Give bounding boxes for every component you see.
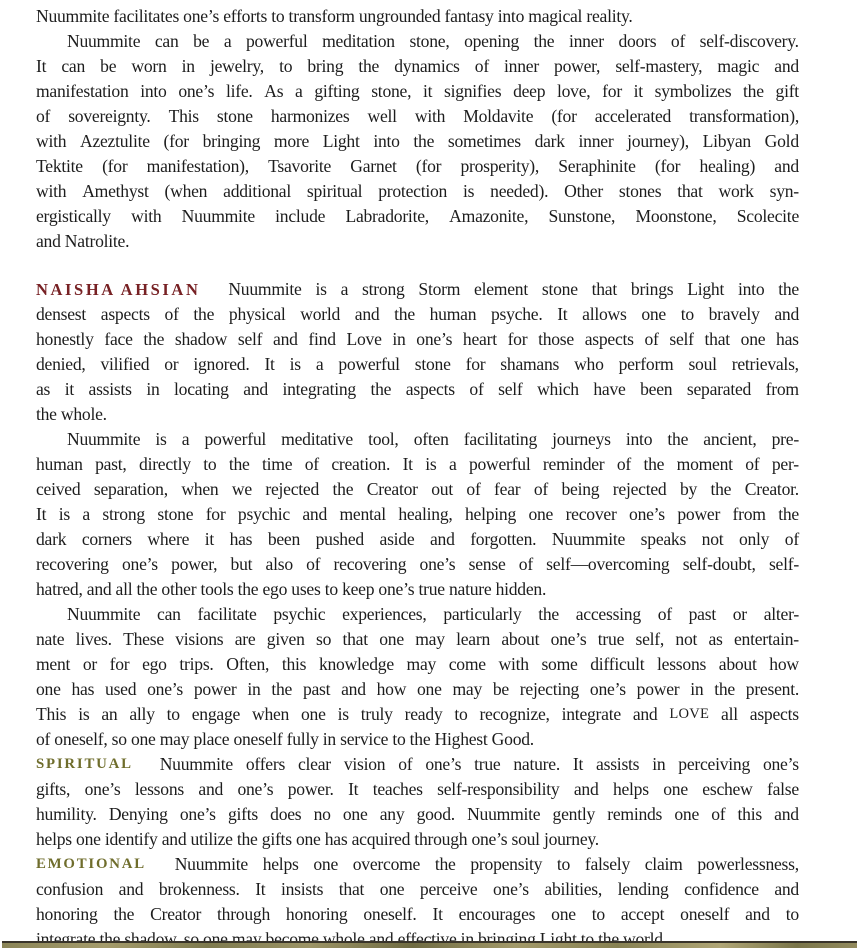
text-line: darkcornerswhereithasbeenpushedasideandf… [36, 527, 799, 552]
text-line: mentorforegotrips.Often,thisknowledgemay… [36, 652, 799, 677]
text-line: honoringtheCreatorthroughhonoringoneself… [36, 902, 799, 927]
text-line: humility.Denyingone’sgiftsdoesnooneanygo… [36, 802, 799, 827]
para-psychic-experiences: Nuummitecanfacilitatepsychicexperiences,… [36, 602, 799, 752]
text-line: Nuummitecanfacilitatepsychicexperiences,… [36, 602, 799, 627]
text-line: ergisticallywithNuummiteincludeLabradori… [36, 204, 799, 229]
text-line: and Natrolite. [36, 229, 799, 254]
para-meditation-stone: Nuummitecanbeapowerfulmeditationstone,op… [36, 29, 799, 254]
text-line: helps one identify and utilize the gifts… [36, 827, 799, 852]
text-line: Nuummite facilitates one’s efforts to tr… [36, 4, 799, 29]
text-line: Thisisanallytoengagewhenoneistrulyreadyt… [36, 702, 799, 727]
para-emotional: EMOTIONALNuummitehelpsoneovercometheprop… [36, 852, 799, 948]
text-line: SPIRITUALNuummiteoffersclearvisionofone’… [36, 752, 799, 777]
text-line: withAmethyst(whenadditionalspiritualprot… [36, 179, 799, 204]
text-line: manifestationintoone’slife.Asagiftingsto… [36, 79, 799, 104]
section-header: EMOTIONAL [36, 852, 146, 877]
text-line: NAISHA AHSIANNuummiteisastrongStormeleme… [36, 277, 799, 302]
text-line: ceivedseparation,whenwerejectedtheCreato… [36, 477, 799, 502]
para-naisha-ahsian: NAISHA AHSIANNuummiteisastrongStormeleme… [36, 277, 799, 427]
section-header: SPIRITUAL [36, 752, 133, 777]
text-line: denied,vilifiedorignored.Itisapowerfulst… [36, 352, 799, 377]
text-line: hatred, and all the other tools the ego … [36, 577, 799, 602]
text-line: ofsovereignty.Thisstoneharmonizeswellwit… [36, 104, 799, 129]
page-text-block: Nuummite facilitates one’s efforts to tr… [36, 4, 799, 948]
text-line: humanpast,directlytothetimeofcreation.It… [36, 452, 799, 477]
text-line: confusionandbrokenness.Itinsiststhatonep… [36, 877, 799, 902]
para-spiritual: SPIRITUALNuummiteoffersclearvisionofone’… [36, 752, 799, 852]
section-header: NAISHA AHSIAN [36, 277, 200, 302]
para-intro-continuation: Nuummite facilitates one’s efforts to tr… [36, 4, 799, 29]
para-meditative-tool: Nuummiteisapowerfulmeditativetool,oftenf… [36, 427, 799, 602]
text-line: recoveringone’spower,butalsoofrecovering… [36, 552, 799, 577]
text-line: of oneself, so one may place oneself ful… [36, 727, 799, 752]
text-line: gifts,one’slessonsandone’spower.Itteache… [36, 777, 799, 802]
photo-top-edge [2, 941, 857, 948]
text-line: the whole. [36, 402, 799, 427]
text-line: Nuummitecanbeapowerfulmeditationstone,op… [36, 29, 799, 54]
text-line: densestaspectsofthephysicalworldandthehu… [36, 302, 799, 327]
text-line: EMOTIONALNuummitehelpsoneovercometheprop… [36, 852, 799, 877]
text-line: honestlyfacetheshadowselfandfindLoveinon… [36, 327, 799, 352]
text-line: Nuummiteisapowerfulmeditativetool,oftenf… [36, 427, 799, 452]
text-line: Itisastrongstoneforpsychicandmentalheali… [36, 502, 799, 527]
text-line: Itcanbeworninjewelry,tobringthedynamicso… [36, 54, 799, 79]
text-line: Tektite(formanifestation),TsavoriteGarne… [36, 154, 799, 179]
text-line: natelives.Thesevisionsaregivensothatonem… [36, 627, 799, 652]
text-line: withAzeztulite(forbringingmoreLightintot… [36, 129, 799, 154]
text-line: onehasusedone’spowerinthepastandhowonema… [36, 677, 799, 702]
text-line: asitassistsinlocatingandintegratingtheas… [36, 377, 799, 402]
